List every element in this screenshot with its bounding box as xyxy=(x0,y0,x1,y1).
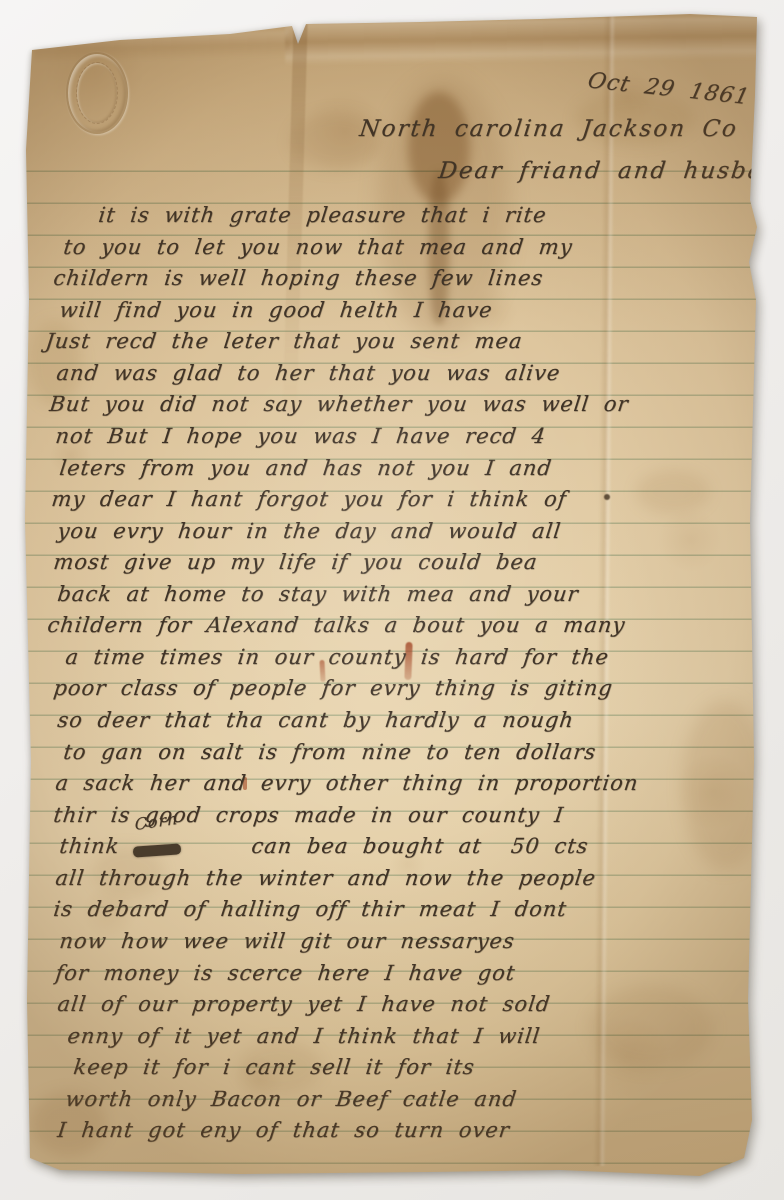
body-line: now how wee will git our nessaryes xyxy=(58,928,516,954)
scanned-letter-page: Oct 29 1861 North carolina Jackson Co De… xyxy=(0,0,784,1200)
body-line: Just recd the leter that you sent mea xyxy=(44,328,524,354)
body-line: my dear I hant forgot you for i think of xyxy=(50,486,568,512)
body-line: all through the winter and now the peopl… xyxy=(54,865,598,891)
body-line: poor class of people for evry thing is g… xyxy=(52,675,615,701)
body-line: for money is scerce here I have got xyxy=(54,960,517,986)
body-line: leters from you and has not you I and xyxy=(58,455,554,481)
body-line: I hant got eny of that so turn over xyxy=(56,1117,512,1143)
body-line: to gan on salt is from nine to ten dolla… xyxy=(62,739,598,765)
place-line: North carolina Jackson Co xyxy=(358,116,739,142)
body-line: childern is well hoping these few lines xyxy=(52,265,545,291)
body-line: all of our property yet I have not sold xyxy=(56,991,552,1017)
body-line: keep it for i cant sell it for its xyxy=(72,1054,476,1080)
embossed-seal-inner-ring xyxy=(76,62,118,124)
body-line: most give up my life if you could bea xyxy=(52,549,539,575)
body-line: is debard of halling off thir meat I don… xyxy=(52,896,569,922)
salutation-line: Dear friand and husban xyxy=(437,158,782,184)
body-line: But you did not say whether you was well… xyxy=(48,391,630,417)
body-line: and was glad to her that you was alive xyxy=(55,360,562,386)
body-line: thir is good crops made in our county I xyxy=(52,802,565,828)
embossed-seal xyxy=(66,52,128,134)
body-line: not But I hope you was I have recd 4 xyxy=(54,423,548,449)
letter-paper: Oct 29 1861 North carolina Jackson Co De… xyxy=(0,0,784,1200)
body-line: to you to let you now that mea and my xyxy=(62,234,574,260)
body-line: enny of it yet and I think that I will xyxy=(66,1023,542,1049)
body-line: you evry hour in the day and would all xyxy=(56,518,563,544)
ink-dot xyxy=(604,494,610,500)
body-line: will find you in good helth I have xyxy=(58,297,494,323)
top-fold-crease xyxy=(285,17,766,66)
body-line: childern for Alexand talks a bout you a … xyxy=(46,612,627,638)
body-line: so deer that tha cant by hardly a nough xyxy=(56,707,576,733)
body-line: a time times in our county is hard for t… xyxy=(64,644,611,670)
body-line: worth only Bacon or Beef catle and xyxy=(64,1086,519,1112)
body-line: back at home to stay with mea and your xyxy=(56,581,580,607)
paper-shadow-wrap: Oct 29 1861 North carolina Jackson Co De… xyxy=(0,0,784,1200)
body-line: a sack her and evry other thing in propo… xyxy=(54,770,640,796)
body-line: it is with grate pleasure that i rite xyxy=(97,202,548,228)
